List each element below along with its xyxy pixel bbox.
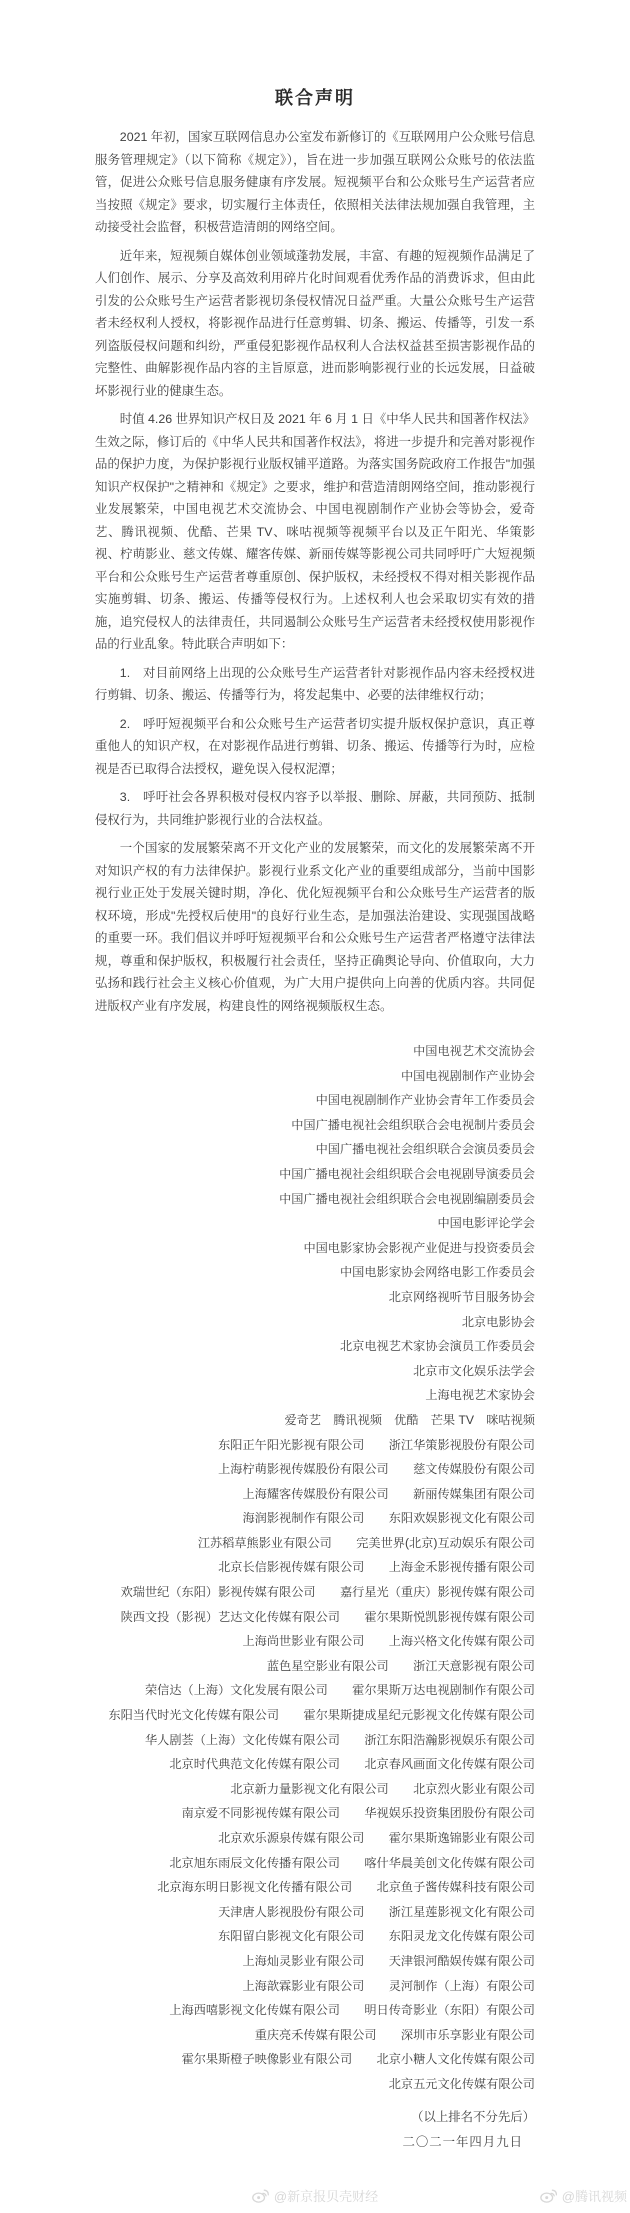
signatory-line: 北京欢乐源泉传媒有限公司 霍尔果斯逸锦影业有限公司: [95, 1826, 535, 1851]
signatory-list: 中国电视艺术交流协会中国电视剧制作产业协会中国电视剧制作产业协会青年工作委员会中…: [95, 1039, 535, 2097]
watermark-left: @新京报贝壳财经: [252, 2186, 378, 2205]
watermark-right: @腾讯视频: [540, 2186, 627, 2205]
signatory-line: 北京长信影视传媒有限公司 上海金禾影视传播有限公司: [95, 1555, 535, 1580]
statement-paragraph: 2021 年初，国家互联网信息办公室发布新修订的《互联网用户公众账号信息服务管理…: [95, 126, 535, 239]
signatory-line: 中国广播电视社会组织联合会电视剧导演委员会: [95, 1162, 535, 1187]
signatory-line: 爱奇艺 腾讯视频 优酷 芒果 TV 咪咕视频: [95, 1408, 535, 1433]
signatory-line: 北京市文化娱乐法学会: [95, 1359, 535, 1384]
signatory-line: 中国广播电视社会组织联合会电视剧编剧委员会: [95, 1187, 535, 1212]
signatory-line: 中国电视剧制作产业协会青年工作委员会: [95, 1088, 535, 1113]
signatory-line: 中国电影家协会网络电影工作委员会: [95, 1260, 535, 1285]
signatory-line: 南京爱不同影视传媒有限公司 华视娱乐投资集团股份有限公司: [95, 1801, 535, 1826]
signatory-line: 上海柠萌影视传媒股份有限公司 慈文传媒股份有限公司: [95, 1457, 535, 1482]
signatory-line: 中国电影家协会影视产业促进与投资委员会: [95, 1236, 535, 1261]
signatory-line: 中国电视剧制作产业协会: [95, 1064, 535, 1089]
signatory-line: 北京时代典范文化传媒有限公司 北京春风画面文化传媒有限公司: [95, 1752, 535, 1777]
statement-paragraph: 时值 4.26 世界知识产权日及 2021 年 6 月 1 日《中华人民共和国著…: [95, 408, 535, 656]
signatory-line: 东阳留白影视文化有限公司 东阳灵龙文化传媒有限公司: [95, 1924, 535, 1949]
signatory-line: 北京海东明日影视文化传播有限公司 北京鱼子酱传媒科技有限公司: [95, 1875, 535, 1900]
signatory-line: 上海西嘻影视文化传媒有限公司 明日传奇影业（东阳）有限公司: [95, 1998, 535, 2023]
signatory-line: 江苏稻草熊影业有限公司 完美世界(北京)互动娱乐有限公司: [95, 1531, 535, 1556]
statement-paragraph: 一个国家的发展繁荣离不开文化产业的发展繁荣，而文化的发展繁荣离不开对知识产权的有…: [95, 837, 535, 1017]
signatory-line: 中国广播电视社会组织联合会电视制片委员会: [95, 1113, 535, 1138]
weibo-icon: [540, 2188, 557, 2203]
statement-date: 二〇二一年四月九日: [95, 2132, 523, 2150]
signatory-line: 北京旭东雨辰文化传播有限公司 喀什华晨美创文化传媒有限公司: [95, 1851, 535, 1876]
signatory-line: 陕西文投（影视）艺达文化传媒有限公司 霍尔果斯悦凯影视传媒有限公司: [95, 1605, 535, 1630]
signatory-line: 欢瑞世纪（东阳）影视传媒有限公司 嘉行星光（重庆）影视传媒有限公司: [95, 1580, 535, 1605]
signatory-line: 北京五元文化传媒有限公司: [95, 2072, 535, 2097]
signatory-line: 北京新力量影视文化有限公司 北京烈火影业有限公司: [95, 1777, 535, 1802]
signatory-line: 东阳正午阳光影视有限公司 浙江华策影视股份有限公司: [95, 1433, 535, 1458]
signatory-line: 海润影视制作有限公司 东阳欢娱影视文化有限公司: [95, 1506, 535, 1531]
joint-statement-document: 联合声明 2021 年初，国家互联网信息办公室发布新修订的《互联网用户公众账号信…: [0, 0, 630, 2213]
weibo-icon: [252, 2188, 269, 2203]
signatory-line: 荣信达（上海）文化发展有限公司 霍尔果斯万达电视剧制作有限公司: [95, 1678, 535, 1703]
statement-body: 2021 年初，国家互联网信息办公室发布新修订的《互联网用户公众账号信息服务管理…: [95, 126, 535, 1017]
signatory-line: 中国广播电视社会组织联合会演员委员会: [95, 1137, 535, 1162]
statement-paragraph: 近年来，短视频自媒体创业领域蓬勃发展，丰富、有趣的短视频作品满足了人们创作、展示…: [95, 245, 535, 403]
watermark-left-text: @新京报贝壳财经: [274, 2186, 378, 2205]
signatory-line: 上海电视艺术家协会: [95, 1383, 535, 1408]
statement-paragraph: 2. 呼吁短视频平台和公众账号生产运营者切实提升版权保护意识，真正尊重他人的知识…: [95, 713, 535, 781]
signatory-line: 上海灿灵影业有限公司 天津银河酷娱传媒有限公司: [95, 1949, 535, 1974]
watermark-right-text: @腾讯视频: [562, 2186, 627, 2205]
signatory-line: 蓝色星空影业有限公司 浙江天意影视有限公司: [95, 1654, 535, 1679]
ranking-note: （以上排名不分先后）: [95, 2107, 535, 2125]
signatory-line: 北京电视艺术家协会演员工作委员会: [95, 1334, 535, 1359]
signatory-line: 中国电影评论学会: [95, 1211, 535, 1236]
signatory-line: 中国电视艺术交流协会: [95, 1039, 535, 1064]
signatory-line: 东阳当代时光文化传媒有限公司 霍尔果斯捷成星纪元影视文化传媒有限公司: [95, 1703, 535, 1728]
signatory-line: 上海耀客传媒股份有限公司 新丽传媒集团有限公司: [95, 1482, 535, 1507]
statement-paragraph: 3. 呼吁社会各界积极对侵权内容予以举报、删除、屏蔽，共同预防、抵制侵权行为，共…: [95, 786, 535, 831]
signatory-line: 北京网络视听节目服务协会: [95, 1285, 535, 1310]
signatory-line: 上海尚世影业有限公司 上海兴格文化传媒有限公司: [95, 1629, 535, 1654]
page-title: 联合声明: [95, 84, 535, 110]
signatory-line: 上海歆霖影业有限公司 灵河制作（上海）有限公司: [95, 1974, 535, 1999]
statement-paragraph: 1. 对目前网络上出现的公众账号生产运营者针对影视作品内容未经授权进行剪辑、切条…: [95, 662, 535, 707]
signatory-line: 华人剧荟（上海）文化传媒有限公司 浙江东阳浩瀚影视娱乐有限公司: [95, 1728, 535, 1753]
signatory-line: 天津唐人影视股份有限公司 浙江星莲影视文化有限公司: [95, 1900, 535, 1925]
signatory-line: 北京电影协会: [95, 1310, 535, 1335]
signatory-line: 重庆亮禾传媒有限公司 深圳市乐享影业有限公司: [95, 2023, 535, 2048]
signatory-line: 霍尔果斯橙子映像影业有限公司 北京小糖人文化传媒有限公司: [95, 2047, 535, 2072]
